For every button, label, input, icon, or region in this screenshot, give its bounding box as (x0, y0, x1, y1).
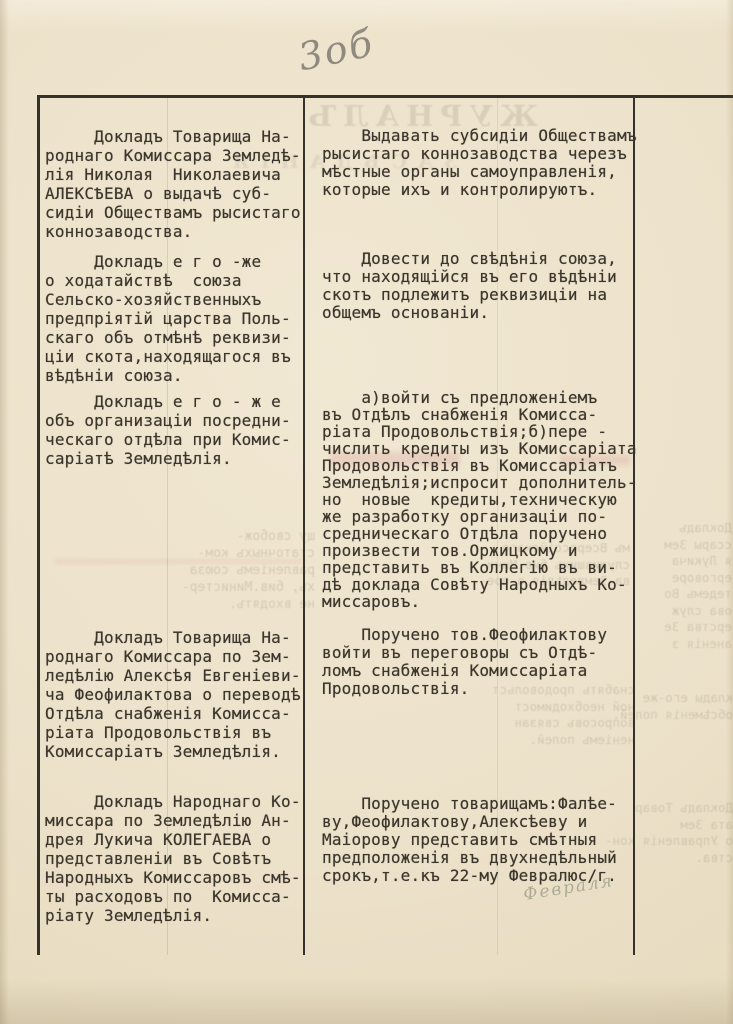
report-cell-4: Докладъ Товарища На- роднаго Комиссара п… (45, 628, 301, 761)
scanned-document-page: { "page": { "page_number_handwritten": "… (0, 0, 733, 1024)
resolution-cell-4: Поручено тов.Феофилактову войти въ перег… (322, 626, 607, 698)
bleedthrough-block-center-left: щу свобож- статочныхъ ком- равленіемъ со… (150, 528, 315, 613)
report-cell-1: Докладъ Товарища На- роднаго Комиссара З… (45, 127, 301, 241)
bleedthrough-block-right-margin-2: клады его-же обсѣменія полей. (640, 690, 733, 723)
report-cell-3: Докладъ е г о - ж е объ организаціи поср… (45, 392, 291, 468)
column-divider (303, 98, 305, 955)
page-number-handwritten: 3об (294, 21, 378, 80)
bleedthrough-block-right-margin-3: Докладъ Товар ата Зем о Управленія кон- … (636, 800, 733, 866)
resolution-cell-2: Довести до свѣдѣнія союза, что находящій… (322, 250, 617, 322)
resolution-cell-5: Поручено товарищамъ:Фалѣе- ву,Феофилакто… (322, 795, 617, 885)
bleedthrough-block-right-margin-1: Докладъ ссары Зем я Лукича ерговоре теде… (642, 520, 732, 652)
report-cell-2: Докладъ е г о -же о ходатайствѣ союза Се… (45, 252, 291, 385)
resolution-cell-1: Выдавать субсидіи Обществамъ рысистаго к… (322, 127, 637, 199)
report-cell-5: Докладъ Народнаго Ко- миссара по Земледѣ… (45, 792, 301, 925)
table-top-border (37, 95, 733, 98)
resolution-cell-3: а)войти съ предложеніемъ въ Отдѣлъ снабж… (322, 389, 637, 610)
table-left-border (37, 95, 40, 955)
